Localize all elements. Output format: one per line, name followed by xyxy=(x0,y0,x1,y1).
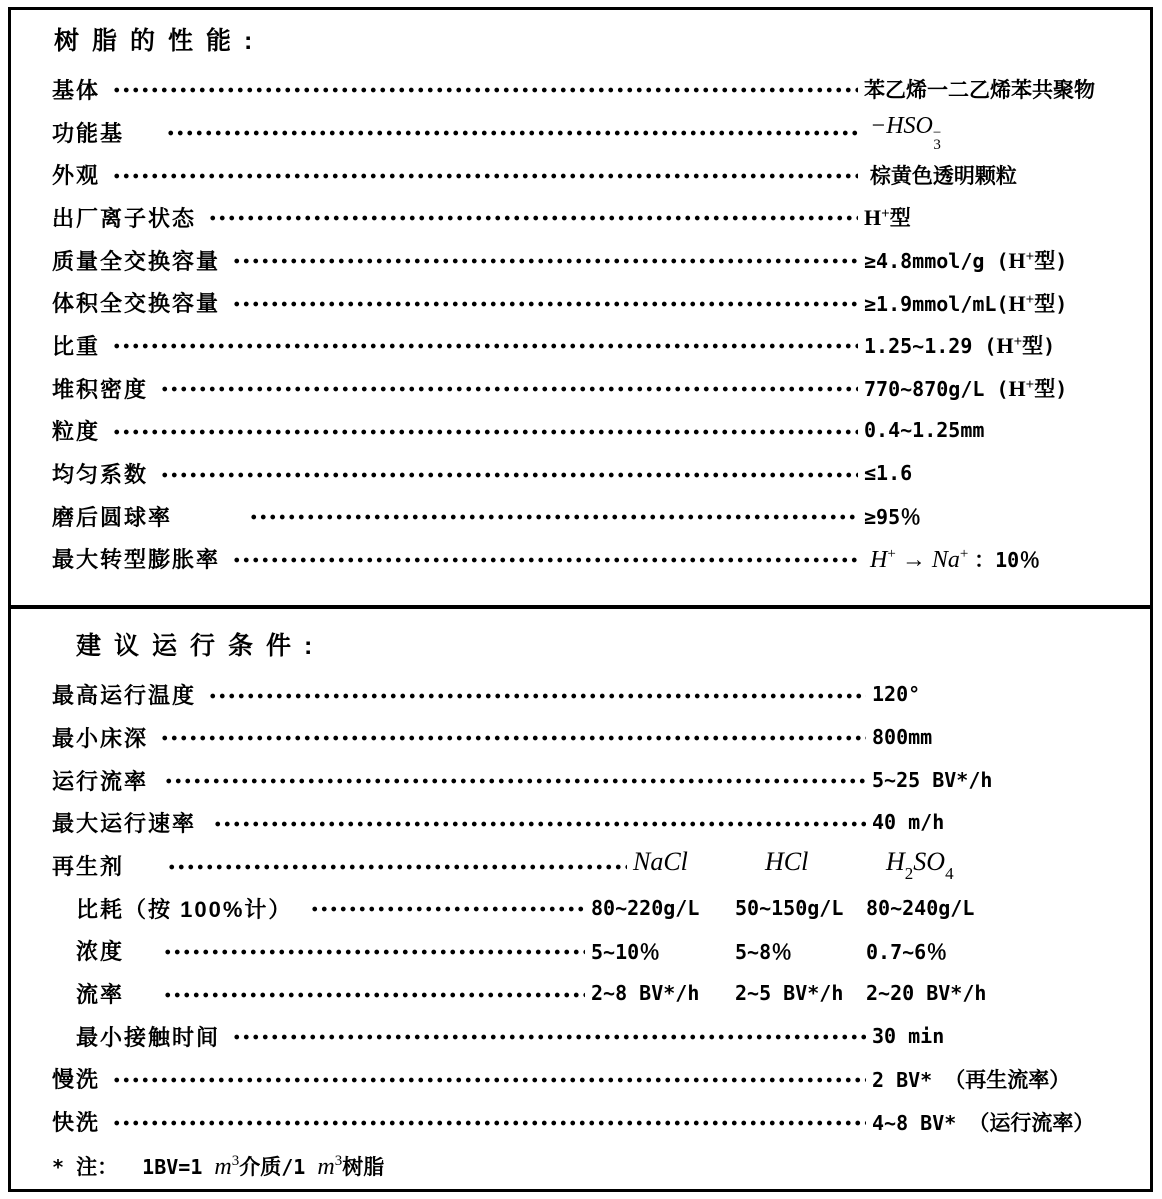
value-segment: 770~870g/L ( xyxy=(864,377,1009,401)
value-segment: 注： xyxy=(76,1156,118,1179)
row-label: 质量全交换容量 xyxy=(52,245,220,276)
section-title-operating-conditions: 建议运行条件: xyxy=(76,629,1128,663)
row-value: 5~25 BV*/h xyxy=(872,768,1128,793)
value-segment: NaCl xyxy=(633,847,688,876)
value-segment: H xyxy=(864,547,887,573)
value-segment: 40 m/h xyxy=(872,810,944,834)
value-segment: 120° xyxy=(872,682,920,706)
value-column: 2~20 BV*/h xyxy=(866,981,1128,1006)
row-label: 最高运行温度 xyxy=(52,679,196,710)
value-segment: m xyxy=(317,1154,334,1180)
value-segment: 2 xyxy=(905,864,914,883)
spec-row: 体积全交换容量 ≥1.9mmol/mL(H+型) xyxy=(52,281,1128,324)
value-segment: + xyxy=(887,546,895,562)
value-column: 50~150g/L xyxy=(735,896,866,921)
row-label: 快洗 xyxy=(52,1106,100,1137)
spec-row: 出厂离子状态 H+型 xyxy=(52,196,1128,239)
value-segment: 棕黄色透明颗粒 xyxy=(864,165,1017,188)
row-value: 苯乙烯一二乙烯苯共聚物 xyxy=(864,74,1128,104)
value-segment: 2~5 BV*/h xyxy=(735,981,843,1005)
value-segment: 2 BV* xyxy=(872,1068,944,1092)
row-label: 功能基 xyxy=(52,117,124,148)
value-segment: H xyxy=(1009,291,1026,316)
row-label: 磨后圆球率 xyxy=(52,501,172,532)
value-segment: 80~240g/L xyxy=(866,896,974,920)
spec-row: 基体 苯乙烯一二乙烯苯共聚物 xyxy=(52,68,1128,111)
value-segment: 型 xyxy=(1022,335,1043,358)
value-segment: 5~8 xyxy=(735,940,771,964)
dotted-leader xyxy=(249,514,858,520)
row-value: H+型 xyxy=(864,202,1128,232)
row-label: 浓度 xyxy=(76,935,124,966)
value-segment: ％ xyxy=(639,941,660,964)
spec-row: 最大转型膨胀率 H+ → Na+ ：10％ xyxy=(52,538,1128,581)
row-label: 最小接触时间 xyxy=(76,1021,220,1052)
value-segment: 800mm xyxy=(872,725,932,749)
value-column: 5~8％ xyxy=(735,936,866,966)
spec-row: 流率 2~8 BV*/h2~5 BV*/h2~20 BV*/h xyxy=(52,972,1128,1015)
row-label: 外观 xyxy=(52,159,100,190)
value-segment: → xyxy=(896,547,932,573)
row-value: 棕黄色透明颗粒 xyxy=(864,160,1128,190)
value-segment: m xyxy=(214,1154,231,1180)
dotted-leader xyxy=(208,693,866,699)
value-column: 2~5 BV*/h xyxy=(735,981,866,1006)
operating-conditions-section: 建议运行条件: 最高运行温度 120° 最小床深 800mm 运行流率 5~25… xyxy=(11,609,1150,1189)
row-value: ≤1.6 xyxy=(864,461,1128,486)
value-segment: 1.25~1.29 ( xyxy=(864,334,996,358)
value-segment: * xyxy=(52,1155,76,1179)
value-segment: 30 min xyxy=(872,1024,944,1048)
value-segment: 50~150g/L xyxy=(735,896,843,920)
value-segment: HCl xyxy=(765,847,808,876)
value-column: HCl xyxy=(765,847,886,877)
dotted-leader xyxy=(163,949,585,955)
value-segment: 树脂 xyxy=(342,1156,384,1179)
dotted-leader xyxy=(167,864,627,870)
dotted-leader xyxy=(112,87,858,93)
spec-row: 堆积密度 770~870g/L (H+型) xyxy=(52,367,1128,410)
value-segment: + xyxy=(1026,249,1035,265)
spec-row: 最小接触时间 30 min xyxy=(52,1015,1128,1058)
row-value: 0.4~1.25mm xyxy=(864,418,1128,443)
value-segment: 2~20 BV*/h xyxy=(866,981,986,1005)
value-segment: 5~10 xyxy=(591,940,639,964)
value-segment: ％ xyxy=(771,941,792,964)
row-label: 粒度 xyxy=(52,415,100,446)
value-segment: H xyxy=(996,333,1013,358)
value-segment: ≤1.6 xyxy=(864,461,912,485)
dotted-leader xyxy=(208,215,858,221)
value-segment: ≥1.9mmol/mL( xyxy=(864,292,1009,316)
value-segment: H xyxy=(1009,248,1026,273)
value-column: H2SO4 xyxy=(886,847,1128,884)
spec-row: 最大运行速率 40 m/h xyxy=(52,802,1128,845)
dotted-leader xyxy=(160,472,858,478)
value-segment: ％ xyxy=(900,506,921,529)
spec-rows-operating: 最高运行温度 120° 最小床深 800mm 运行流率 5~25 BV*/h 最… xyxy=(52,673,1128,1189)
value-segment: 型 xyxy=(1034,293,1055,316)
value-segment: （再生流率） xyxy=(944,1069,1070,1092)
row-label: 流率 xyxy=(76,978,124,1009)
value-segment: + xyxy=(1014,334,1023,350)
value-segment: H xyxy=(886,847,905,876)
value-segment: + xyxy=(1026,377,1035,393)
spec-rows-resin: 基体 苯乙烯一二乙烯苯共聚物 功能基 −HSO−3 外观 棕黄色透明颗粒 出厂离… xyxy=(52,68,1128,580)
spec-row: 浓度 5~10％5~8％0.7~6％ xyxy=(52,930,1128,973)
row-value: 800mm xyxy=(872,725,1128,750)
row-value: 120° xyxy=(872,682,1128,707)
row-value: 5~10％5~8％0.7~6％ xyxy=(591,936,1128,966)
spec-row: 质量全交换容量 ≥4.8mmol/g (H+型) xyxy=(52,239,1128,282)
dotted-leader xyxy=(213,821,866,827)
dotted-leader xyxy=(163,992,585,998)
value-segment: ％ xyxy=(1019,549,1040,572)
value-column: NaCl xyxy=(633,847,765,877)
row-label: 均匀系数 xyxy=(52,458,148,489)
stack-bottom: 3 xyxy=(933,139,941,151)
row-value: 30 min xyxy=(872,1024,1128,1049)
row-value: ≥1.9mmol/mL(H+型) xyxy=(864,288,1128,318)
value-segment: ： xyxy=(968,549,995,572)
row-label: 比耗（按 100%计） xyxy=(76,893,292,924)
spec-row: 最小床深 800mm xyxy=(52,716,1128,759)
value-segment: −HSO xyxy=(864,113,933,139)
dotted-leader xyxy=(112,173,858,179)
spec-row: 慢洗 2 BV* （再生流率） xyxy=(52,1058,1128,1101)
section-title-resin-properties: 树脂的性能: xyxy=(54,24,1128,58)
dotted-leader xyxy=(232,1034,866,1040)
value-segment: 介质 xyxy=(239,1156,281,1179)
value-column: 2~8 BV*/h xyxy=(591,981,735,1006)
row-label: 最大转型膨胀率 xyxy=(52,543,220,574)
dotted-leader xyxy=(164,778,866,784)
dotted-leader xyxy=(310,906,585,912)
spec-row: 磨后圆球率 ≥95％ xyxy=(52,495,1128,538)
row-label: 堆积密度 xyxy=(52,373,148,404)
value-segment: −3 xyxy=(933,127,941,151)
dotted-leader xyxy=(232,258,858,264)
value-segment: 1BV=1 xyxy=(118,1155,214,1179)
row-value: −HSO−3 xyxy=(864,113,1128,151)
spec-row: 均匀系数 ≤1.6 xyxy=(52,452,1128,495)
row-label: 再生剂 xyxy=(52,850,124,881)
spec-sheet: 树脂的性能: 基体 苯乙烯一二乙烯苯共聚物 功能基 −HSO−3 外观 棕黄色透… xyxy=(8,7,1153,1192)
row-value: 2~8 BV*/h2~5 BV*/h2~20 BV*/h xyxy=(591,981,1128,1006)
footnote-row: * 注： 1BV=1 m3介质/1 m3树脂 xyxy=(52,1143,1128,1189)
value-segment: ≥4.8mmol/g ( xyxy=(864,249,1009,273)
value-segment: /1 xyxy=(281,1155,317,1179)
spec-row: 快洗 4~8 BV* （运行流率） xyxy=(52,1100,1128,1143)
value-segment: + xyxy=(1026,292,1035,308)
row-value: 1.25~1.29 (H+型) xyxy=(864,330,1128,360)
value-segment: 2~8 BV*/h xyxy=(591,981,699,1005)
dotted-leader xyxy=(112,429,858,435)
spec-row: 功能基 −HSO−3 xyxy=(52,111,1128,154)
spec-row: 外观 棕黄色透明颗粒 xyxy=(52,153,1128,196)
value-segment: 0.7~6 xyxy=(866,940,926,964)
dotted-leader xyxy=(160,735,866,741)
value-segment: H xyxy=(864,205,881,230)
spec-row: 比重 1.25~1.29 (H+型) xyxy=(52,324,1128,367)
row-value: ≥95％ xyxy=(864,501,1128,531)
value-column: 5~10％ xyxy=(591,936,735,966)
row-value: H+ → Na+ ：10％ xyxy=(864,544,1128,574)
value-segment: （运行流率） xyxy=(968,1112,1094,1135)
value-segment: 苯乙烯一二乙烯苯共聚物 xyxy=(864,79,1095,102)
row-label: 最大运行速率 xyxy=(52,807,196,838)
row-label: 最小床深 xyxy=(52,722,148,753)
value-segment: 5~25 BV*/h xyxy=(872,768,992,792)
row-label: 体积全交换容量 xyxy=(52,287,220,318)
value-column: 0.7~6％ xyxy=(866,936,1128,966)
dotted-leader xyxy=(232,301,858,307)
dotted-leader xyxy=(112,1077,866,1083)
value-segment: ≥95 xyxy=(864,505,900,529)
value-segment: 80~220g/L xyxy=(591,896,699,920)
row-value: 770~870g/L (H+型) xyxy=(864,373,1128,403)
row-value: 80~220g/L50~150g/L80~240g/L xyxy=(591,896,1128,921)
value-segment: 4 xyxy=(945,864,954,883)
value-segment: 10 xyxy=(995,548,1019,572)
row-label: 慢洗 xyxy=(52,1063,100,1094)
spec-row: 最高运行温度 120° xyxy=(52,673,1128,716)
row-value: 2 BV* （再生流率） xyxy=(872,1064,1128,1094)
value-segment: ) xyxy=(1055,292,1067,316)
dotted-leader xyxy=(160,386,858,392)
row-label: 运行流率 xyxy=(52,765,148,796)
dotted-leader xyxy=(112,1120,866,1126)
value-segment: 型 xyxy=(1034,378,1055,401)
dotted-leader xyxy=(166,130,858,136)
value-segment: ) xyxy=(1055,249,1067,273)
value-segment: ％ xyxy=(926,941,947,964)
value-segment: 0.4~1.25mm xyxy=(864,418,984,442)
value-segment: SO xyxy=(913,847,945,876)
value-segment: 型 xyxy=(890,207,911,230)
dotted-leader xyxy=(232,557,858,563)
row-value: * 注： 1BV=1 m3介质/1 m3树脂 xyxy=(52,1151,384,1181)
row-value: NaClHClH2SO4 xyxy=(633,847,1128,884)
row-value: 4~8 BV* （运行流率） xyxy=(872,1107,1128,1137)
value-segment: H xyxy=(1009,376,1026,401)
value-segment: Na xyxy=(932,547,960,573)
value-segment: ) xyxy=(1043,334,1055,358)
value-segment: 型 xyxy=(1034,250,1055,273)
row-value: ≥4.8mmol/g (H+型) xyxy=(864,245,1128,275)
value-segment: ) xyxy=(1055,377,1067,401)
value-column: 80~240g/L xyxy=(866,896,1128,921)
spec-row: 比耗（按 100%计） 80~220g/L50~150g/L80~240g/L xyxy=(52,887,1128,930)
dotted-leader xyxy=(112,343,858,349)
spec-row: 粒度 0.4~1.25mm xyxy=(52,410,1128,453)
value-segment: + xyxy=(881,206,890,222)
spec-row: 运行流率 5~25 BV*/h xyxy=(52,759,1128,802)
resin-properties-section: 树脂的性能: 基体 苯乙烯一二乙烯苯共聚物 功能基 −HSO−3 外观 棕黄色透… xyxy=(11,10,1150,609)
value-column: 80~220g/L xyxy=(591,896,735,921)
page: { "page": { "background": "#ffffff", "bo… xyxy=(0,0,1162,1199)
spec-row: 再生剂 NaClHClH2SO4 xyxy=(52,844,1128,887)
row-label: 比重 xyxy=(52,330,100,361)
row-label: 出厂离子状态 xyxy=(52,202,196,233)
value-segment: 4~8 BV* xyxy=(872,1111,968,1135)
row-label: 基体 xyxy=(52,74,100,105)
row-value: 40 m/h xyxy=(872,810,1128,835)
